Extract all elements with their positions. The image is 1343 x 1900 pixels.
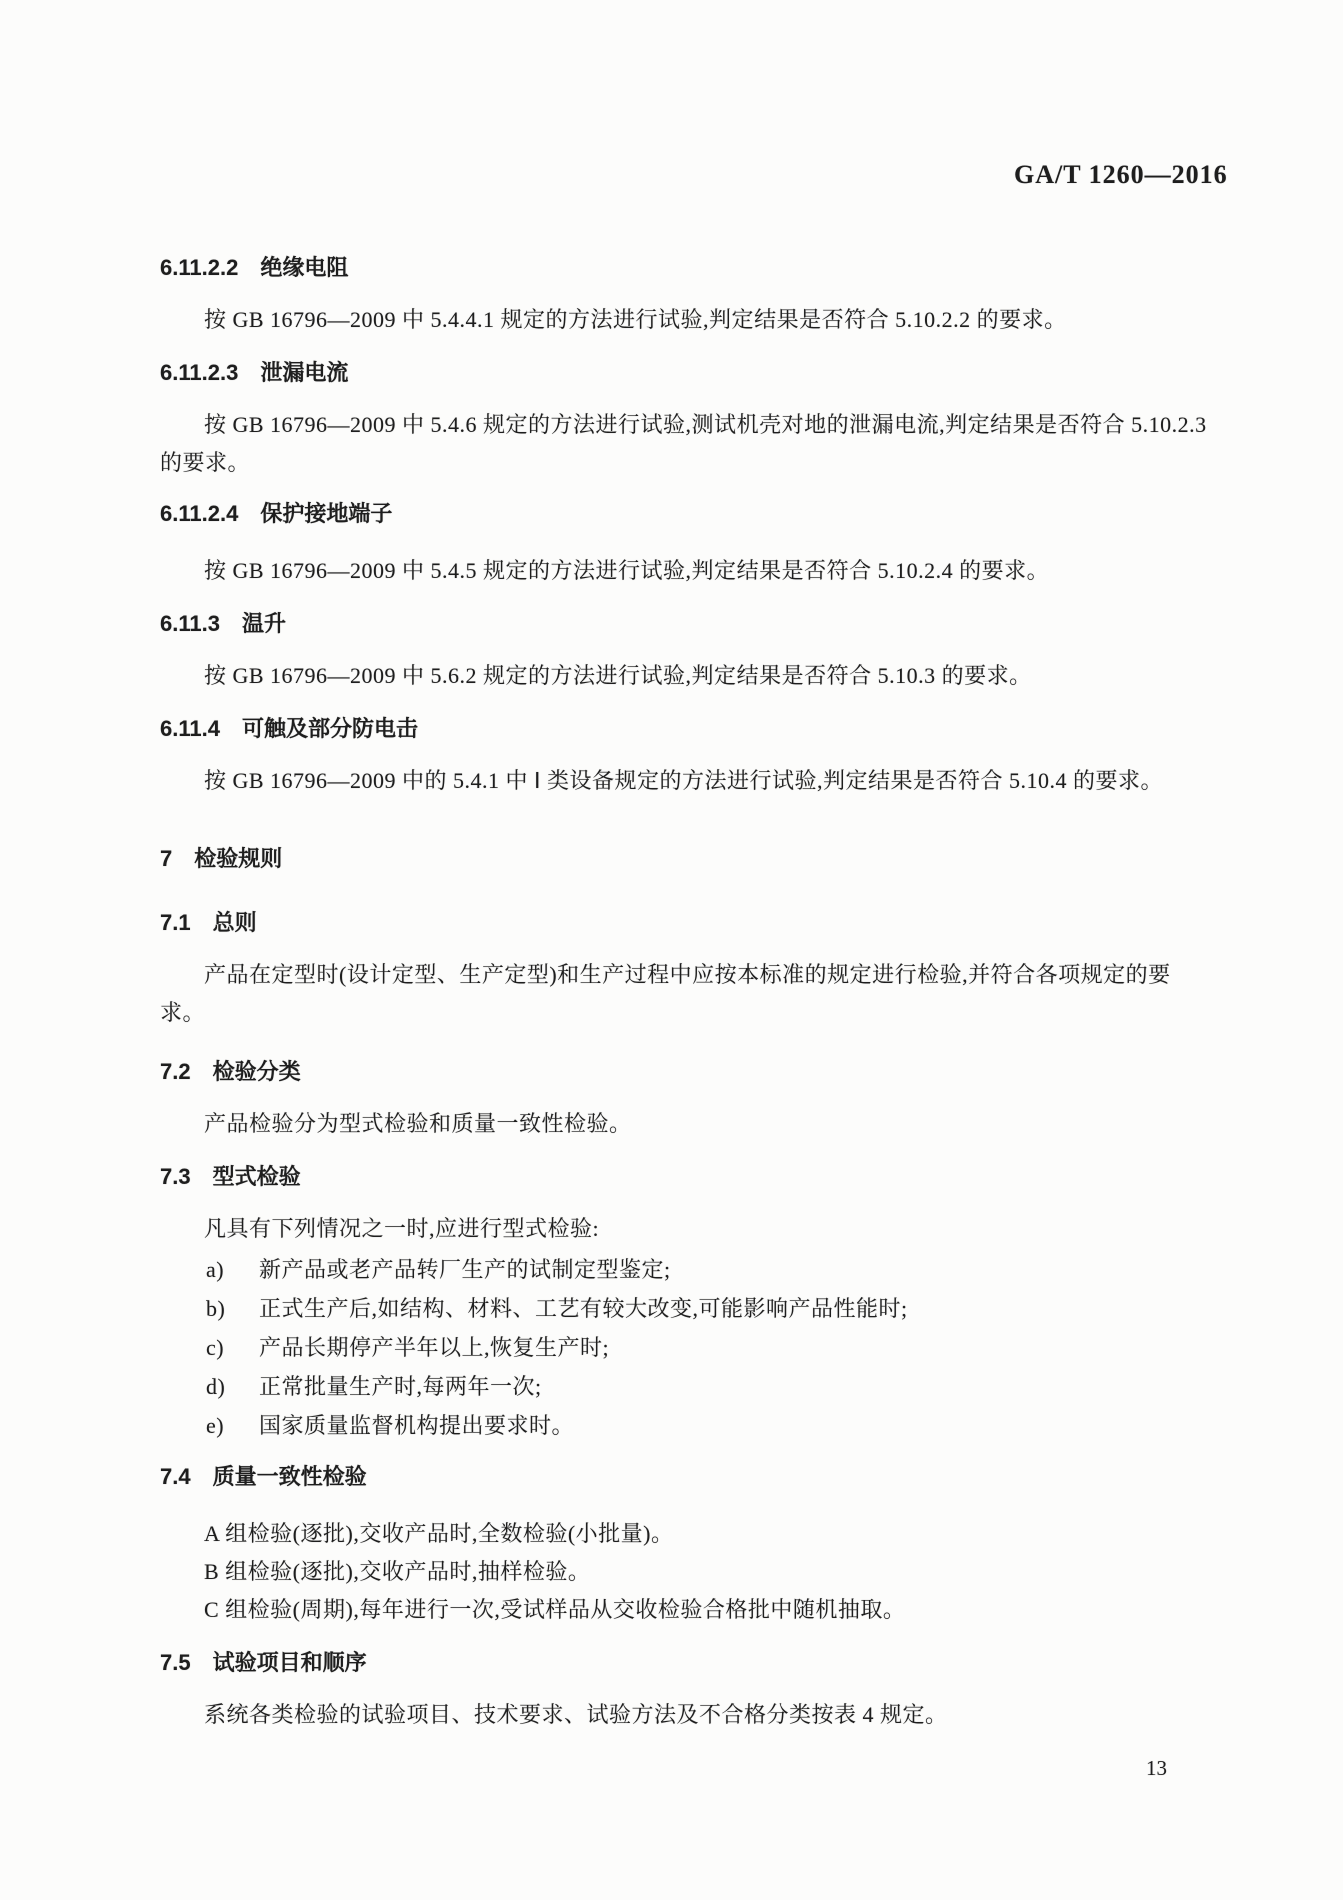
list-item-text: 国家质量监督机构提出要求时。 [259,1413,574,1438]
list-marker: a) [206,1250,259,1289]
section-heading-6-11-2-2: 6.11.2.2绝缘电阻 [160,254,1212,282]
section-number: 6.11.2.2 [160,254,238,282]
paragraph: 凡具有下列情况之一时,应进行型式检验: [160,1210,1212,1248]
section-heading-6-11-2-4: 6.11.2.4保护接地端子 [160,500,1212,528]
standard-code-header: GA/T 1260—2016 [1014,160,1228,190]
type-inspection-conditions-list: a)新产品或老产品转厂生产的试制定型鉴定; b)正式生产后,如结构、材料、工艺有… [160,1250,1212,1445]
paragraph: 按 GB 16796—2009 中 5.6.2 规定的方法进行试验,判定结果是否… [160,657,1212,695]
list-item-text: 新产品或老产品转厂生产的试制定型鉴定; [259,1257,671,1282]
content-area: 6.11.2.2绝缘电阻 按 GB 16796—2009 中 5.4.4.1 规… [160,254,1212,1734]
section-number: 6.11.2.3 [160,359,238,387]
section-heading-7-4: 7.4质量一致性检验 [160,1463,1212,1491]
list-item: e)国家质量监督机构提出要求时。 [160,1406,1212,1445]
document-page: GA/T 1260—2016 6.11.2.2绝缘电阻 按 GB 16796—2… [0,0,1343,1900]
page-number: 13 [1146,1756,1167,1781]
section-heading-7-5: 7.5试验项目和顺序 [160,1649,1212,1677]
section-title: 可触及部分防电击 [242,716,418,741]
chapter-number: 7 [160,845,172,873]
list-marker: c) [206,1328,259,1367]
section-title: 总则 [213,910,257,935]
list-marker: d) [206,1367,259,1406]
paragraph: C 组检验(周期),每年进行一次,受试样品从交收检验合格批中随机抽取。 [160,1591,1212,1629]
section-title: 泄漏电流 [260,360,348,385]
section-number: 6.11.2.4 [160,500,238,528]
chapter-heading-7: 7检验规则 [160,845,1212,873]
paragraph: 按 GB 16796—2009 中的 5.4.1 中 Ⅰ 类设备规定的方法进行试… [160,762,1212,800]
section-heading-7-3: 7.3型式检验 [160,1163,1212,1191]
paragraph: B 组检验(逐批),交收产品时,抽样检验。 [160,1553,1212,1591]
paragraph: 产品在定型时(设计定型、生产定型)和生产过程中应按本标准的规定进行检验,并符合各… [160,956,1212,1032]
section-title: 温升 [242,611,286,636]
list-item: a)新产品或老产品转厂生产的试制定型鉴定; [160,1250,1212,1289]
section-heading-7-2: 7.2检验分类 [160,1058,1212,1086]
paragraph: A 组检验(逐批),交收产品时,全数检验(小批量)。 [160,1515,1212,1553]
section-number: 7.1 [160,909,191,937]
section-number: 7.2 [160,1058,191,1086]
chapter-title: 检验规则 [194,846,282,871]
list-item-text: 产品长期停产半年以上,恢复生产时; [259,1335,609,1360]
section-title: 试验项目和顺序 [213,1650,367,1675]
paragraph: 按 GB 16796—2009 中 5.4.4.1 规定的方法进行试验,判定结果… [160,301,1212,339]
section-number: 6.11.3 [160,610,220,638]
section-title: 检验分类 [213,1059,301,1084]
section-heading-6-11-2-3: 6.11.2.3泄漏电流 [160,359,1212,387]
section-number: 7.5 [160,1649,191,1677]
list-item: d)正常批量生产时,每两年一次; [160,1367,1212,1406]
paragraph: 按 GB 16796—2009 中 5.4.6 规定的方法进行试验,测试机壳对地… [160,406,1212,482]
paragraph: 产品检验分为型式检验和质量一致性检验。 [160,1105,1212,1143]
paragraph: 按 GB 16796—2009 中 5.4.5 规定的方法进行试验,判定结果是否… [160,552,1212,590]
section-number: 6.11.4 [160,715,220,743]
list-item-text: 正式生产后,如结构、材料、工艺有较大改变,可能影响产品性能时; [259,1296,908,1321]
section-title: 型式检验 [213,1164,301,1189]
section-number: 7.4 [160,1463,191,1491]
list-item: b)正式生产后,如结构、材料、工艺有较大改变,可能影响产品性能时; [160,1289,1212,1328]
list-item: c)产品长期停产半年以上,恢复生产时; [160,1328,1212,1367]
section-number: 7.3 [160,1163,191,1191]
section-heading-7-1: 7.1总则 [160,909,1212,937]
paragraph: 系统各类检验的试验项目、技术要求、试验方法及不合格分类按表 4 规定。 [160,1696,1212,1734]
section-title: 保护接地端子 [260,501,392,526]
list-marker: b) [206,1289,259,1328]
section-heading-6-11-3: 6.11.3温升 [160,610,1212,638]
section-heading-6-11-4: 6.11.4可触及部分防电击 [160,715,1212,743]
list-item-text: 正常批量生产时,每两年一次; [259,1374,542,1399]
list-marker: e) [206,1406,259,1445]
section-title: 绝缘电阻 [260,255,348,280]
section-title: 质量一致性检验 [213,1464,367,1489]
